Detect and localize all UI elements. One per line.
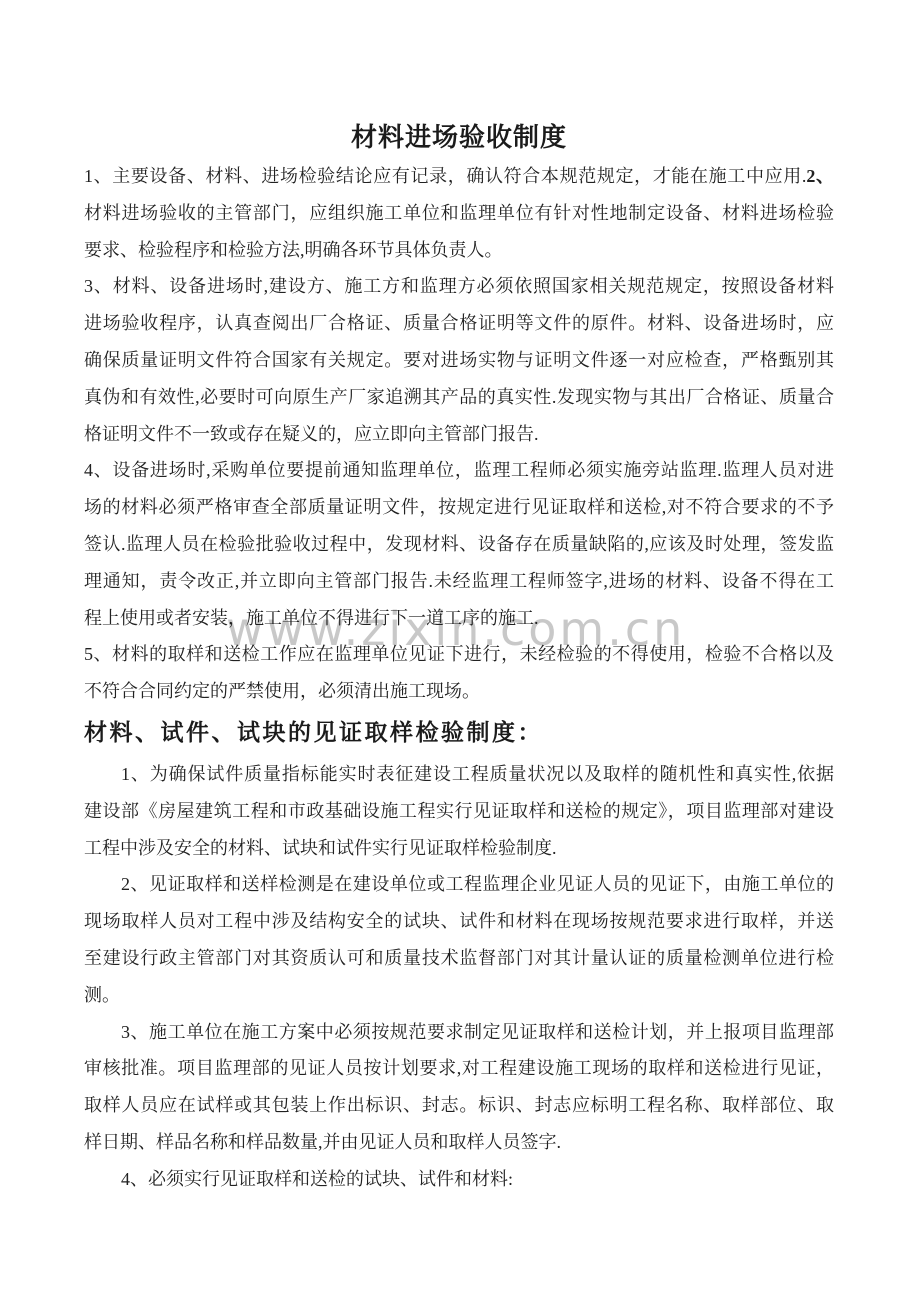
text-segment: 2、见证取样和送样检测是在建设单位或工程监理企业见证人员的见证下，由施工单位的	[121, 874, 834, 894]
text-segment: 签认.监理人员在检验批验收过程中，发现材料、设备存在质量缺陷的,应该及时处理，签…	[84, 534, 834, 554]
text-segment: 要求、检验程序和检验方法,明确各环节具体负责人。	[84, 240, 503, 260]
text-segment: 进场验收程序，认真查阅出厂合格证、质量合格证明等文件的原件。材料、设备进场时，应	[84, 313, 834, 333]
text-segment: 格证明文件不一致或存在疑义的，应立即向主管部门报告.	[84, 424, 539, 444]
paragraph-line: 要求、检验程序和检验方法,明确各环节具体负责人。	[84, 232, 834, 269]
paragraph-line: 工程中涉及安全的材料、试块和试件实行见证取样检验制度.	[84, 830, 834, 867]
text-segment: 真伪和有效性,必要时可向原生产厂家追溯其产品的真实性.发现实物与其出厂合格证、质…	[84, 387, 834, 407]
text-segment: 2、	[806, 166, 834, 186]
paragraph-line: 审核批准。项目监理部的见证人员按计划要求,对工程建设施工现场的取样和送检进行见证…	[84, 1050, 834, 1087]
text-segment: 3、材料、设备进场时,建设方、施工方和监理方必须依照国家相关规范规定，按照设备材…	[84, 276, 834, 296]
paragraph-line: 测。	[84, 977, 834, 1014]
paragraph-line: 5、材料的取样和送检工作应在监理单位见证下进行，未经检验的不得使用，检验不合格以…	[84, 636, 834, 673]
text-segment: 现场取样人员对工程中涉及结构安全的试块、试件和材料在现场按规范要求进行取样，并送	[84, 911, 834, 931]
section-witness-sampling-system: 1、为确保试件质量指标能实时表征建设工程质量状况以及取样的随机性和真实性,依据建…	[84, 756, 834, 1198]
text-segment: 1、主要设备、材料、进场检验结论应有记录，确认符合本规范规定，才能在施工中应用.	[84, 166, 806, 186]
paragraph-line: 2、见证取样和送样检测是在建设单位或工程监理企业见证人员的见证下，由施工单位的	[84, 866, 834, 903]
text-segment: 场的材料必须严格审查全部质量证明文件，按规定进行见证取样和送检,对不符合要求的不…	[84, 497, 834, 517]
paragraph-line: 样日期、样品名称和样品数量,并由见证人员和取样人员签字.	[84, 1124, 834, 1161]
text-segment: 4、必须实行见证取样和送检的试块、试件和材料:	[121, 1169, 513, 1189]
paragraph-line: 1、为确保试件质量指标能实时表征建设工程质量状况以及取样的随机性和真实性,依据	[84, 756, 834, 793]
paragraph-line: 至建设行政主管部门对其资质认可和质量技术监督部门对其计量认证的质量检测单位进行检	[84, 940, 834, 977]
text-segment: 审核批准。项目监理部的见证人员按计划要求,对工程建设施工现场的取样和送检进行见证…	[84, 1058, 834, 1078]
paragraph-line: 理通知，责令改正,并立即向主管部门报告.未经监理工程师签字,进场的材料、设备不得…	[84, 563, 834, 600]
text-segment: 建设部《房屋建筑工程和市政基础设施工程实行见证取样和送检的规定》，项目监理部对建…	[84, 801, 834, 821]
text-segment: 4、设备进场时,采购单位要提前通知监理单位，监理工程师必须实施旁站监理.监理人员…	[84, 460, 834, 480]
paragraph-line: 4、必须实行见证取样和送检的试块、试件和材料:	[84, 1161, 834, 1198]
paragraph-line: 格证明文件不一致或存在疑义的，应立即向主管部门报告.	[84, 416, 834, 453]
paragraph-line: 现场取样人员对工程中涉及结构安全的试块、试件和材料在现场按规范要求进行取样，并送	[84, 903, 834, 940]
paragraph-line: 程上使用或者安装，施工单位不得进行下一道工序的施工.	[84, 600, 834, 637]
text-segment: 至建设行政主管部门对其资质认可和质量技术监督部门对其计量认证的质量检测单位进行检	[84, 948, 834, 968]
paragraph-line: 1、主要设备、材料、进场检验结论应有记录，确认符合本规范规定，才能在施工中应用.…	[84, 158, 834, 195]
paragraph-line: 签认.监理人员在检验批验收过程中，发现材料、设备存在质量缺陷的,应该及时处理，签…	[84, 526, 834, 563]
text-segment: 确保质量证明文件符合国家有关规定。要对进场实物与证明文件逐一对应检查，严格甄别其	[84, 350, 834, 370]
paragraph-line: 3、材料、设备进场时,建设方、施工方和监理方必须依照国家相关规范规定，按照设备材…	[84, 268, 834, 305]
text-segment: 样日期、样品名称和样品数量,并由见证人员和取样人员签字.	[84, 1132, 561, 1152]
text-segment: 工程中涉及安全的材料、试块和试件实行见证取样检验制度.	[84, 838, 557, 858]
text-segment: 5、材料的取样和送检工作应在监理单位见证下进行，未经检验的不得使用，检验不合格以…	[84, 644, 834, 664]
text-segment: 不符合合同约定的严禁使用，必须清出施工现场。	[84, 681, 480, 701]
text-segment: 1、为确保试件质量指标能实时表征建设工程质量状况以及取样的随机性和真实性,依据	[121, 764, 834, 784]
text-segment: 程上使用或者安装，施工单位不得进行下一道工序的施工.	[84, 608, 539, 628]
text-segment: 测。	[84, 985, 120, 1005]
text-segment: 3、施工单位在施工方案中必须按规范要求制定见证取样和送检计划，并上报项目监理部	[121, 1022, 834, 1042]
text-segment: 理通知，责令改正,并立即向主管部门报告.未经监理工程师签字,进场的材料、设备不得…	[84, 571, 834, 591]
text-segment: 取样人员应在试样或其包装上作出标识、封志。标识、封志应标明工程名称、取样部位、取	[84, 1095, 834, 1115]
paragraph-line: 真伪和有效性,必要时可向原生产厂家追溯其产品的真实性.发现实物与其出厂合格证、质…	[84, 379, 834, 416]
paragraph-line: 进场验收程序，认真查阅出厂合格证、质量合格证明等文件的原件。材料、设备进场时，应	[84, 305, 834, 342]
paragraph-line: 确保质量证明文件符合国家有关规定。要对进场实物与证明文件逐一对应检查，严格甄别其	[84, 342, 834, 379]
document-content: 材料进场验收制度 1、主要设备、材料、进场检验结论应有记录，确认符合本规范规定，…	[84, 0, 834, 1198]
paragraph-line: 不符合合同约定的严禁使用，必须清出施工现场。	[84, 673, 834, 710]
paragraph-line: 3、施工单位在施工方案中必须按规范要求制定见证取样和送检计划，并上报项目监理部	[84, 1014, 834, 1051]
section-heading-witness-sampling: 材料、试件、试块的见证取样检验制度：	[84, 710, 834, 756]
paragraph-line: 材料进场验收的主管部门，应组织施工单位和监理单位有针对性地制定设备、材料进场检验	[84, 195, 834, 232]
text-segment: 材料进场验收的主管部门，应组织施工单位和监理单位有针对性地制定设备、材料进场检验	[84, 203, 834, 223]
paragraph-line: 4、设备进场时,采购单位要提前通知监理单位，监理工程师必须实施旁站监理.监理人员…	[84, 452, 834, 489]
document-title: 材料进场验收制度	[84, 118, 834, 158]
document-page: { "page": { "background": "#ffffff", "te…	[0, 0, 920, 1302]
paragraph-line: 建设部《房屋建筑工程和市政基础设施工程实行见证取样和送检的规定》，项目监理部对建…	[84, 793, 834, 830]
paragraph-line: 场的材料必须严格审查全部质量证明文件，按规定进行见证取样和送检,对不符合要求的不…	[84, 489, 834, 526]
paragraph-line: 取样人员应在试样或其包装上作出标识、封志。标识、封志应标明工程名称、取样部位、取	[84, 1087, 834, 1124]
section-material-entry-acceptance: 1、主要设备、材料、进场检验结论应有记录，确认符合本规范规定，才能在施工中应用.…	[84, 158, 834, 710]
